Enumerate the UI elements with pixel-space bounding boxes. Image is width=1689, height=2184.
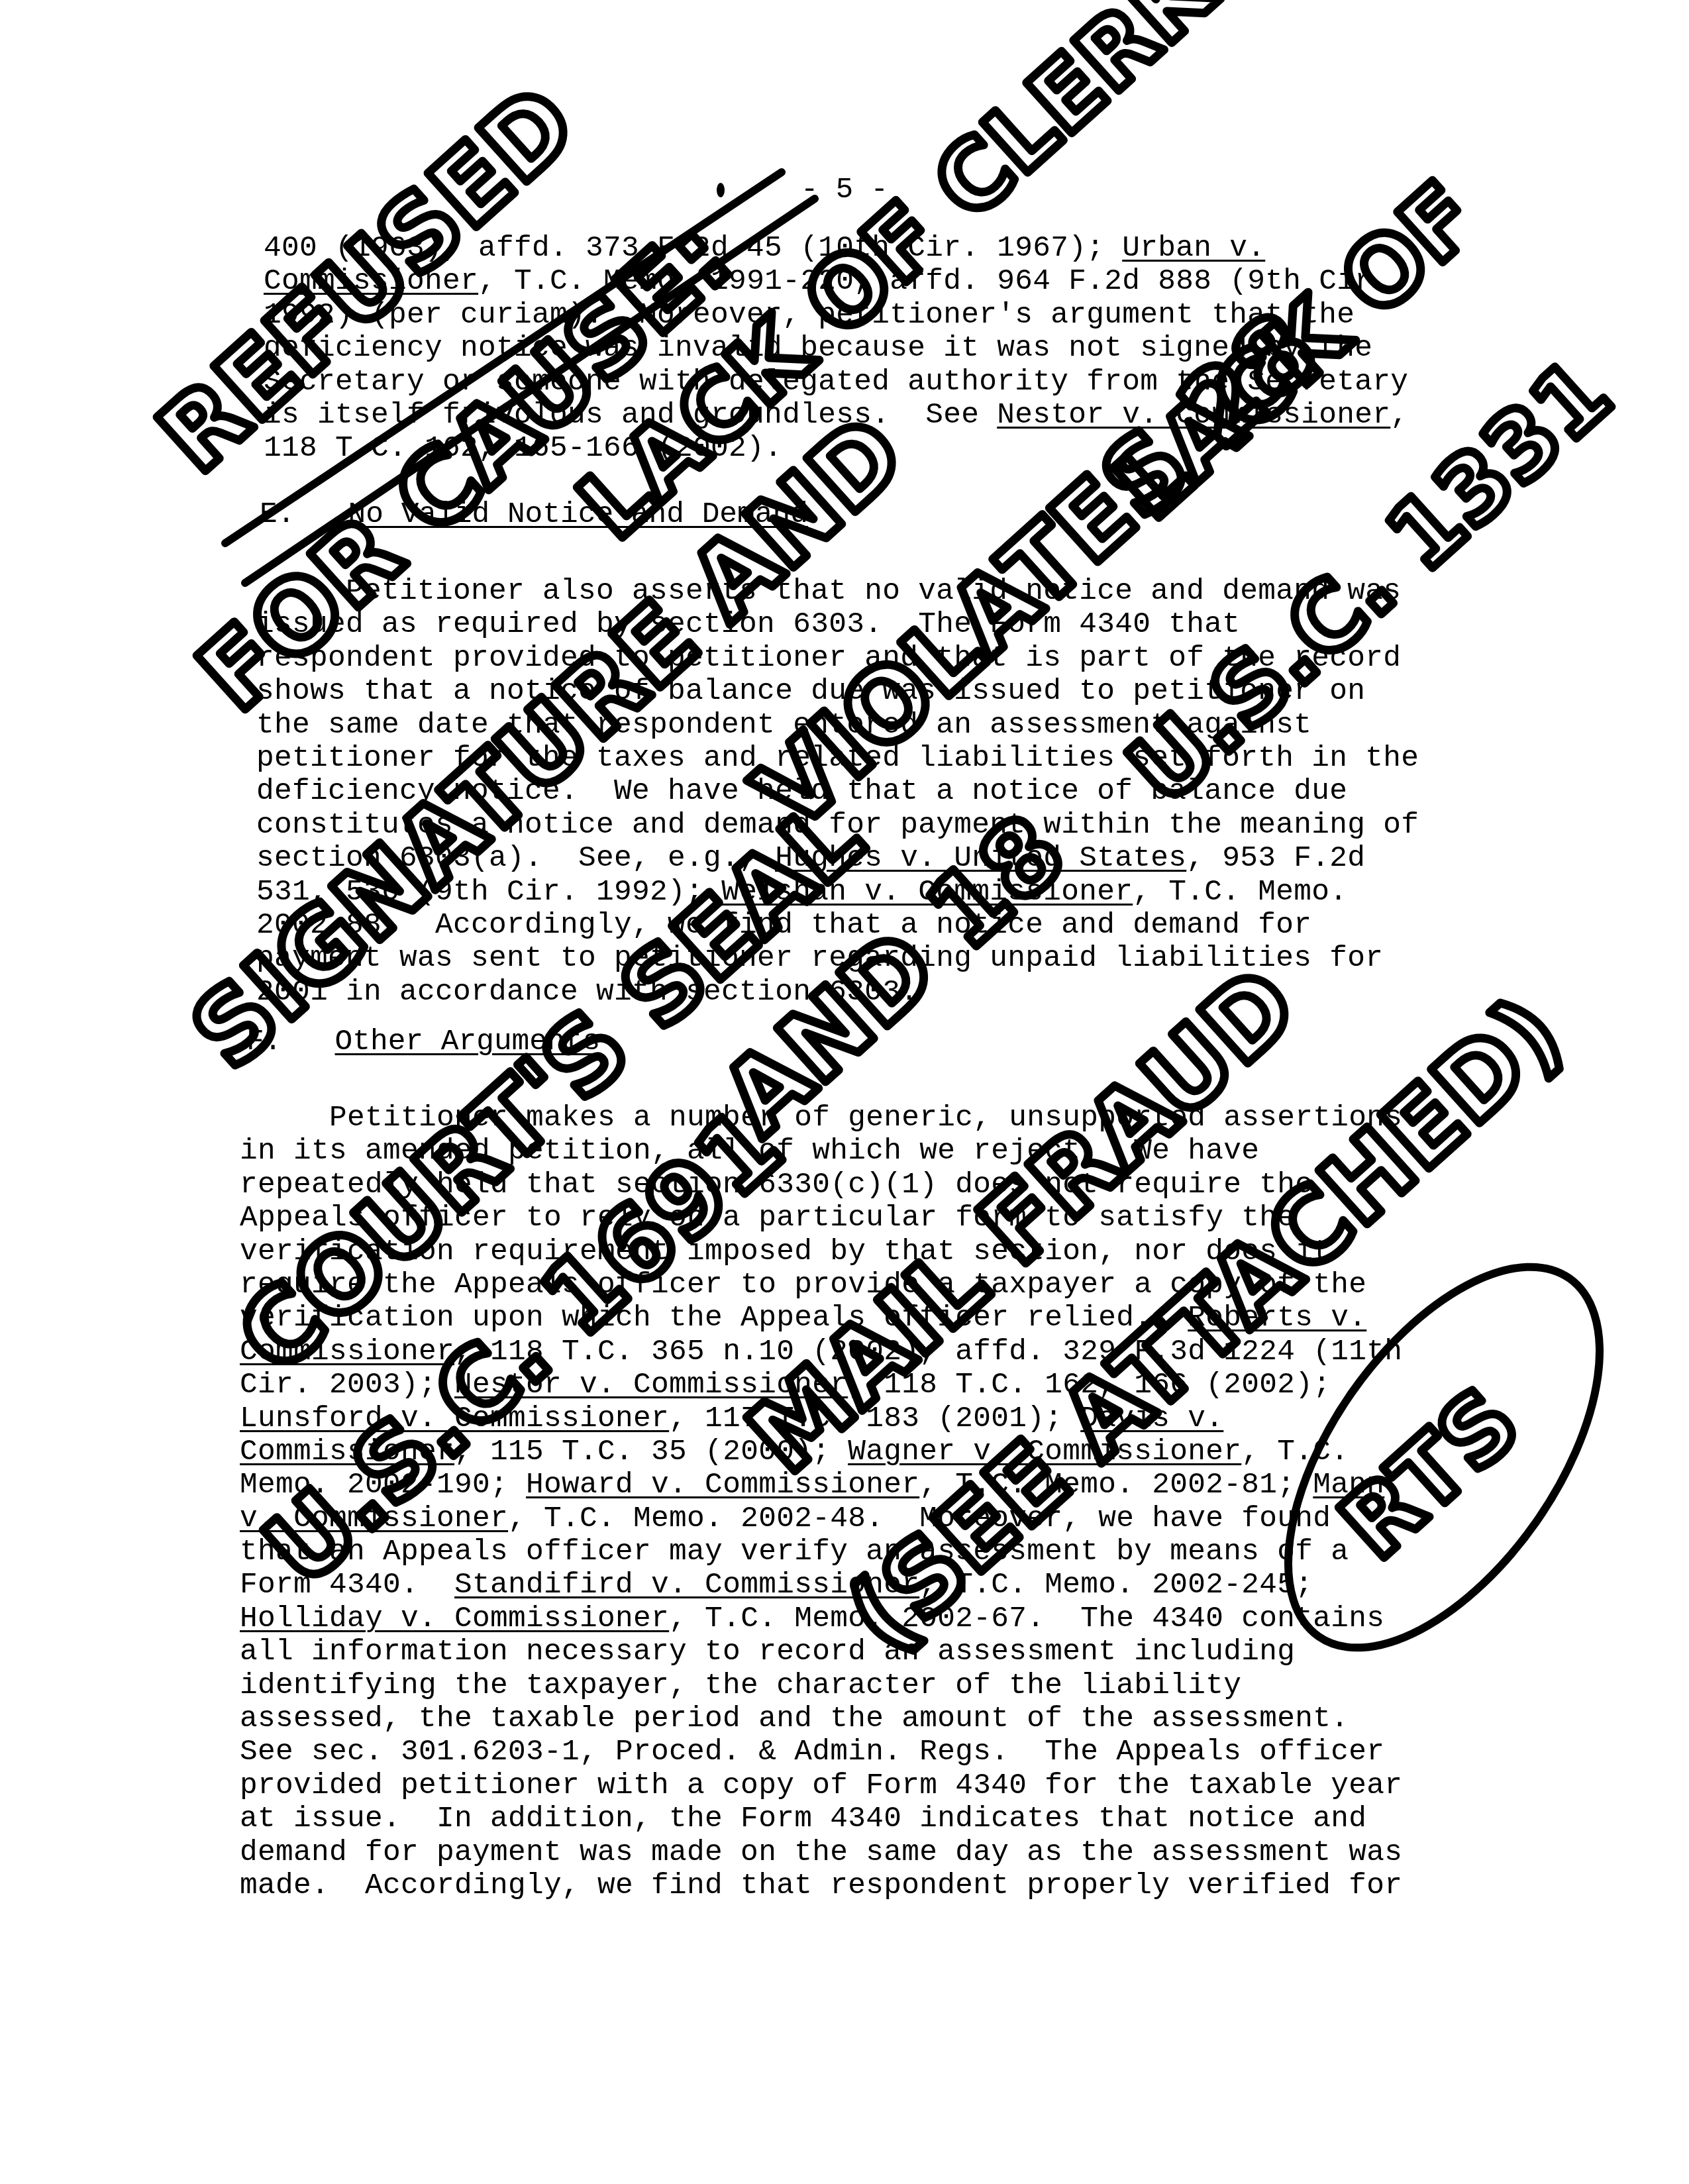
text-run: in its amended petition, all of which we… xyxy=(240,1135,1259,1168)
case-citation: Howard v. Commissioner xyxy=(526,1469,919,1502)
text-run: , T.C. Memo. 2002-245; xyxy=(919,1569,1313,1602)
section-e-heading: E. No Valid Notice and Demand xyxy=(260,498,808,531)
case-citation: Commissioner xyxy=(240,1435,454,1469)
case-citation: Roberts v. xyxy=(1188,1302,1366,1335)
text-line: Commissioner, 118 T.C. 365 n.10 (2002), … xyxy=(240,1335,1402,1369)
paragraph-continuation: 400 (1963), affd. 373 F.2d 45 (10th Cir.… xyxy=(264,232,1408,466)
page-number: - 5 - xyxy=(0,174,1689,207)
text-run: , 953 F.2d xyxy=(1186,842,1365,875)
text-run: Appeals officer to rely on a particular … xyxy=(240,1202,1295,1235)
text-run: , T.C. Memo. 2002-48. Moreover, we have … xyxy=(508,1502,1331,1535)
text-line: the same date that respondent entered an… xyxy=(256,709,1419,742)
text-line: Lunsford v. Commissioner, 117 T.C. 183 (… xyxy=(240,1402,1402,1435)
case-citation: Commissioner xyxy=(264,265,478,298)
text-line: repeatedly held that section 6330(c)(1) … xyxy=(240,1169,1402,1202)
case-citation: Nestor v. Commissioner xyxy=(997,399,1390,432)
text-run: section 6303(a). See, e.g., xyxy=(256,842,775,875)
text-line: Appeals officer to rely on a particular … xyxy=(240,1202,1402,1235)
section-f-heading: F. Other Arguments xyxy=(246,1025,600,1059)
text-run: that an Appeals officer may verify an as… xyxy=(240,1535,1349,1569)
text-line: Commissioner, T.C. Memo. 1991-220, affd.… xyxy=(264,265,1408,298)
text-run: respondent provided to petitioner and th… xyxy=(256,642,1401,675)
text-run: all information necessary to record an a… xyxy=(240,1636,1295,1669)
case-citation: Wagner v. Commissioner xyxy=(848,1435,1241,1469)
text-run: deficiency notice was invalid because it… xyxy=(264,332,1372,365)
text-run: 400 (1963), affd. 373 F.2d 45 (10th Cir.… xyxy=(264,232,1122,265)
section-f-title: Other Arguments xyxy=(335,1025,601,1059)
text-line: identifying the taxpayer, the character … xyxy=(240,1669,1402,1702)
text-run: 2002-88. Accordingly, we find that a not… xyxy=(256,909,1311,942)
text-line: shows that a notice of balance due was i… xyxy=(256,675,1419,708)
text-line: verification requirement imposed by that… xyxy=(240,1235,1402,1269)
text-run: made. Accordingly, we find that responde… xyxy=(240,1869,1402,1902)
stray-ink-dot xyxy=(717,183,725,197)
text-line: all information necessary to record an a… xyxy=(240,1636,1402,1669)
text-line: Commissioner, 115 T.C. 35 (2000); Wagner… xyxy=(240,1435,1402,1469)
section-e-letter: E. xyxy=(260,498,295,531)
text-run: , 118 T.C. 365 n.10 (2002), affd. 329 F.… xyxy=(454,1335,1402,1369)
text-run: 2001 in accordance with section 6303. xyxy=(256,976,918,1009)
case-citation: Lunsford v. Commissioner xyxy=(240,1402,669,1435)
case-citation: Urban v. xyxy=(1122,232,1265,265)
text-line: that an Appeals officer may verify an as… xyxy=(240,1535,1402,1569)
text-run: , 117 T.C. 183 (2001); xyxy=(669,1402,1080,1435)
text-line: provided petitioner with a copy of Form … xyxy=(240,1769,1402,1802)
text-line: petitioner for the taxes and related lia… xyxy=(256,742,1419,775)
text-line: Petitioner also asserts that no valid no… xyxy=(256,575,1419,608)
text-line: constitutes a notice and demand for paym… xyxy=(256,809,1419,842)
text-run: require the Appeals officer to provide a… xyxy=(240,1269,1366,1302)
document-page: - 5 - 400 (1963), affd. 373 F.2d 45 (10t… xyxy=(0,0,1689,2184)
text-run: assessed, the taxable period and the amo… xyxy=(240,1702,1349,1736)
text-line: Memo. 2002-190; Howard v. Commissioner, … xyxy=(240,1469,1402,1502)
text-run: Petitioner makes a number of generic, un… xyxy=(240,1102,1402,1135)
text-line: deficiency notice. We have held that a n… xyxy=(256,775,1419,808)
text-line: assessed, the taxable period and the amo… xyxy=(240,1702,1402,1736)
text-run: the same date that respondent entered an… xyxy=(256,709,1311,742)
text-line: Secretary or someone with delegated auth… xyxy=(264,366,1408,399)
section-f-letter: F. xyxy=(246,1025,281,1059)
text-line: Form 4340. Standifird v. Commissioner, T… xyxy=(240,1569,1402,1602)
text-run: , 115 T.C. 35 (2000); xyxy=(454,1435,848,1469)
text-line: 400 (1963), affd. 373 F.2d 45 (10th Cir.… xyxy=(264,232,1408,265)
text-run: , T.C. Memo. xyxy=(1133,876,1347,909)
case-citation: Hughes v. United States xyxy=(775,842,1186,875)
text-line: 2002-88. Accordingly, we find that a not… xyxy=(256,909,1419,942)
case-citation: Mann xyxy=(1313,1469,1384,1502)
text-line: v. Commissioner, T.C. Memo. 2002-48. Mor… xyxy=(240,1502,1402,1535)
text-run: petitioner for the taxes and related lia… xyxy=(256,742,1419,775)
text-line: 118 T.C. 162, 165-166 (2002). xyxy=(264,432,1408,465)
text-run: deficiency notice. We have held that a n… xyxy=(256,775,1347,808)
case-citation: v. Commissioner xyxy=(240,1502,508,1535)
paragraph-other-arguments: Petitioner makes a number of generic, un… xyxy=(240,1102,1402,1902)
text-line: Cir. 2003); Nestor v. Commissioner, 118 … xyxy=(240,1369,1402,1402)
case-citation: Commissioner xyxy=(240,1335,454,1369)
text-line: deficiency notice was invalid because it… xyxy=(264,332,1408,365)
text-line: require the Appeals officer to provide a… xyxy=(240,1269,1402,1302)
case-citation: Holliday v. Commissioner xyxy=(240,1602,669,1636)
text-run: constitutes a notice and demand for paym… xyxy=(256,809,1419,842)
text-line: demand for payment was made on the same … xyxy=(240,1836,1402,1869)
text-run: verification upon which the Appeals offi… xyxy=(240,1302,1188,1335)
section-e-title: No Valid Notice and Demand xyxy=(348,498,808,531)
text-run: See sec. 301.6203-1, Proced. & Admin. Re… xyxy=(240,1736,1384,1769)
paragraph-notice-and-demand: Petitioner also asserts that no valid no… xyxy=(256,575,1419,1009)
case-citation: Weishan v. Commissioner xyxy=(721,876,1133,909)
text-run: , T.C. Memo. 2002-81; xyxy=(919,1469,1313,1502)
text-run: shows that a notice of balance due was i… xyxy=(256,675,1365,708)
text-run: Cir. 2003); xyxy=(240,1369,454,1402)
text-run: , T.C. Memo. 1991-220, affd. 964 F.2d 88… xyxy=(478,265,1390,298)
text-run: at issue. In addition, the Form 4340 ind… xyxy=(240,1802,1366,1836)
text-run: , T.C. Memo. 2002-67. The 4340 contains xyxy=(669,1602,1384,1636)
text-run: verification requirement imposed by that… xyxy=(240,1235,1331,1269)
text-line: section 6303(a). See, e.g., Hughes v. Un… xyxy=(256,842,1419,875)
text-run: Form 4340. xyxy=(240,1569,454,1602)
text-line: in its amended petition, all of which we… xyxy=(240,1135,1402,1168)
text-line: 1992) (per curiam). Moreover, petitioner… xyxy=(264,299,1408,332)
text-line: issued as required by section 6303. The … xyxy=(256,608,1419,641)
text-line: is itself frivolous and groundless. See … xyxy=(264,399,1408,432)
text-run: repeatedly held that section 6330(c)(1) … xyxy=(240,1169,1313,1202)
text-line: Holliday v. Commissioner, T.C. Memo. 200… xyxy=(240,1602,1402,1636)
text-run: Secretary or someone with delegated auth… xyxy=(264,366,1408,399)
text-run: 531, 536 (9th Cir. 1992); xyxy=(256,876,721,909)
text-run: is itself frivolous and groundless. See xyxy=(264,399,997,432)
text-line: respondent provided to petitioner and th… xyxy=(256,642,1419,675)
text-run: payment was sent to petitioner regarding… xyxy=(256,942,1383,975)
text-run: , xyxy=(1390,399,1408,432)
text-line: made. Accordingly, we find that responde… xyxy=(240,1869,1402,1902)
text-run: , T.C. xyxy=(1241,1435,1349,1469)
text-line: Petitioner makes a number of generic, un… xyxy=(240,1102,1402,1135)
text-run: demand for payment was made on the same … xyxy=(240,1836,1402,1869)
text-run: Memo. 2002-190; xyxy=(240,1469,526,1502)
case-citation: Standifird v. Commissioner xyxy=(454,1569,919,1602)
text-run: provided petitioner with a copy of Form … xyxy=(240,1769,1402,1802)
case-citation: Davis v. xyxy=(1080,1402,1223,1435)
text-line: See sec. 301.6203-1, Proced. & Admin. Re… xyxy=(240,1736,1402,1769)
text-run: , 118 T.C. 162, 166 (2002); xyxy=(848,1369,1331,1402)
text-line: 2001 in accordance with section 6303. xyxy=(256,976,1419,1009)
text-line: verification upon which the Appeals offi… xyxy=(240,1302,1402,1335)
text-run: identifying the taxpayer, the character … xyxy=(240,1669,1241,1702)
text-run: Petitioner also asserts that no valid no… xyxy=(256,575,1401,608)
text-line: payment was sent to petitioner regarding… xyxy=(256,942,1419,975)
text-line: 531, 536 (9th Cir. 1992); Weishan v. Com… xyxy=(256,876,1419,909)
text-run: 118 T.C. 162, 165-166 (2002). xyxy=(264,432,782,465)
text-line: at issue. In addition, the Form 4340 ind… xyxy=(240,1802,1402,1836)
text-run: issued as required by section 6303. The … xyxy=(256,608,1240,641)
case-citation: Nestor v. Commissioner xyxy=(454,1369,848,1402)
text-run: 1992) (per curiam). Moreover, petitioner… xyxy=(264,299,1355,332)
